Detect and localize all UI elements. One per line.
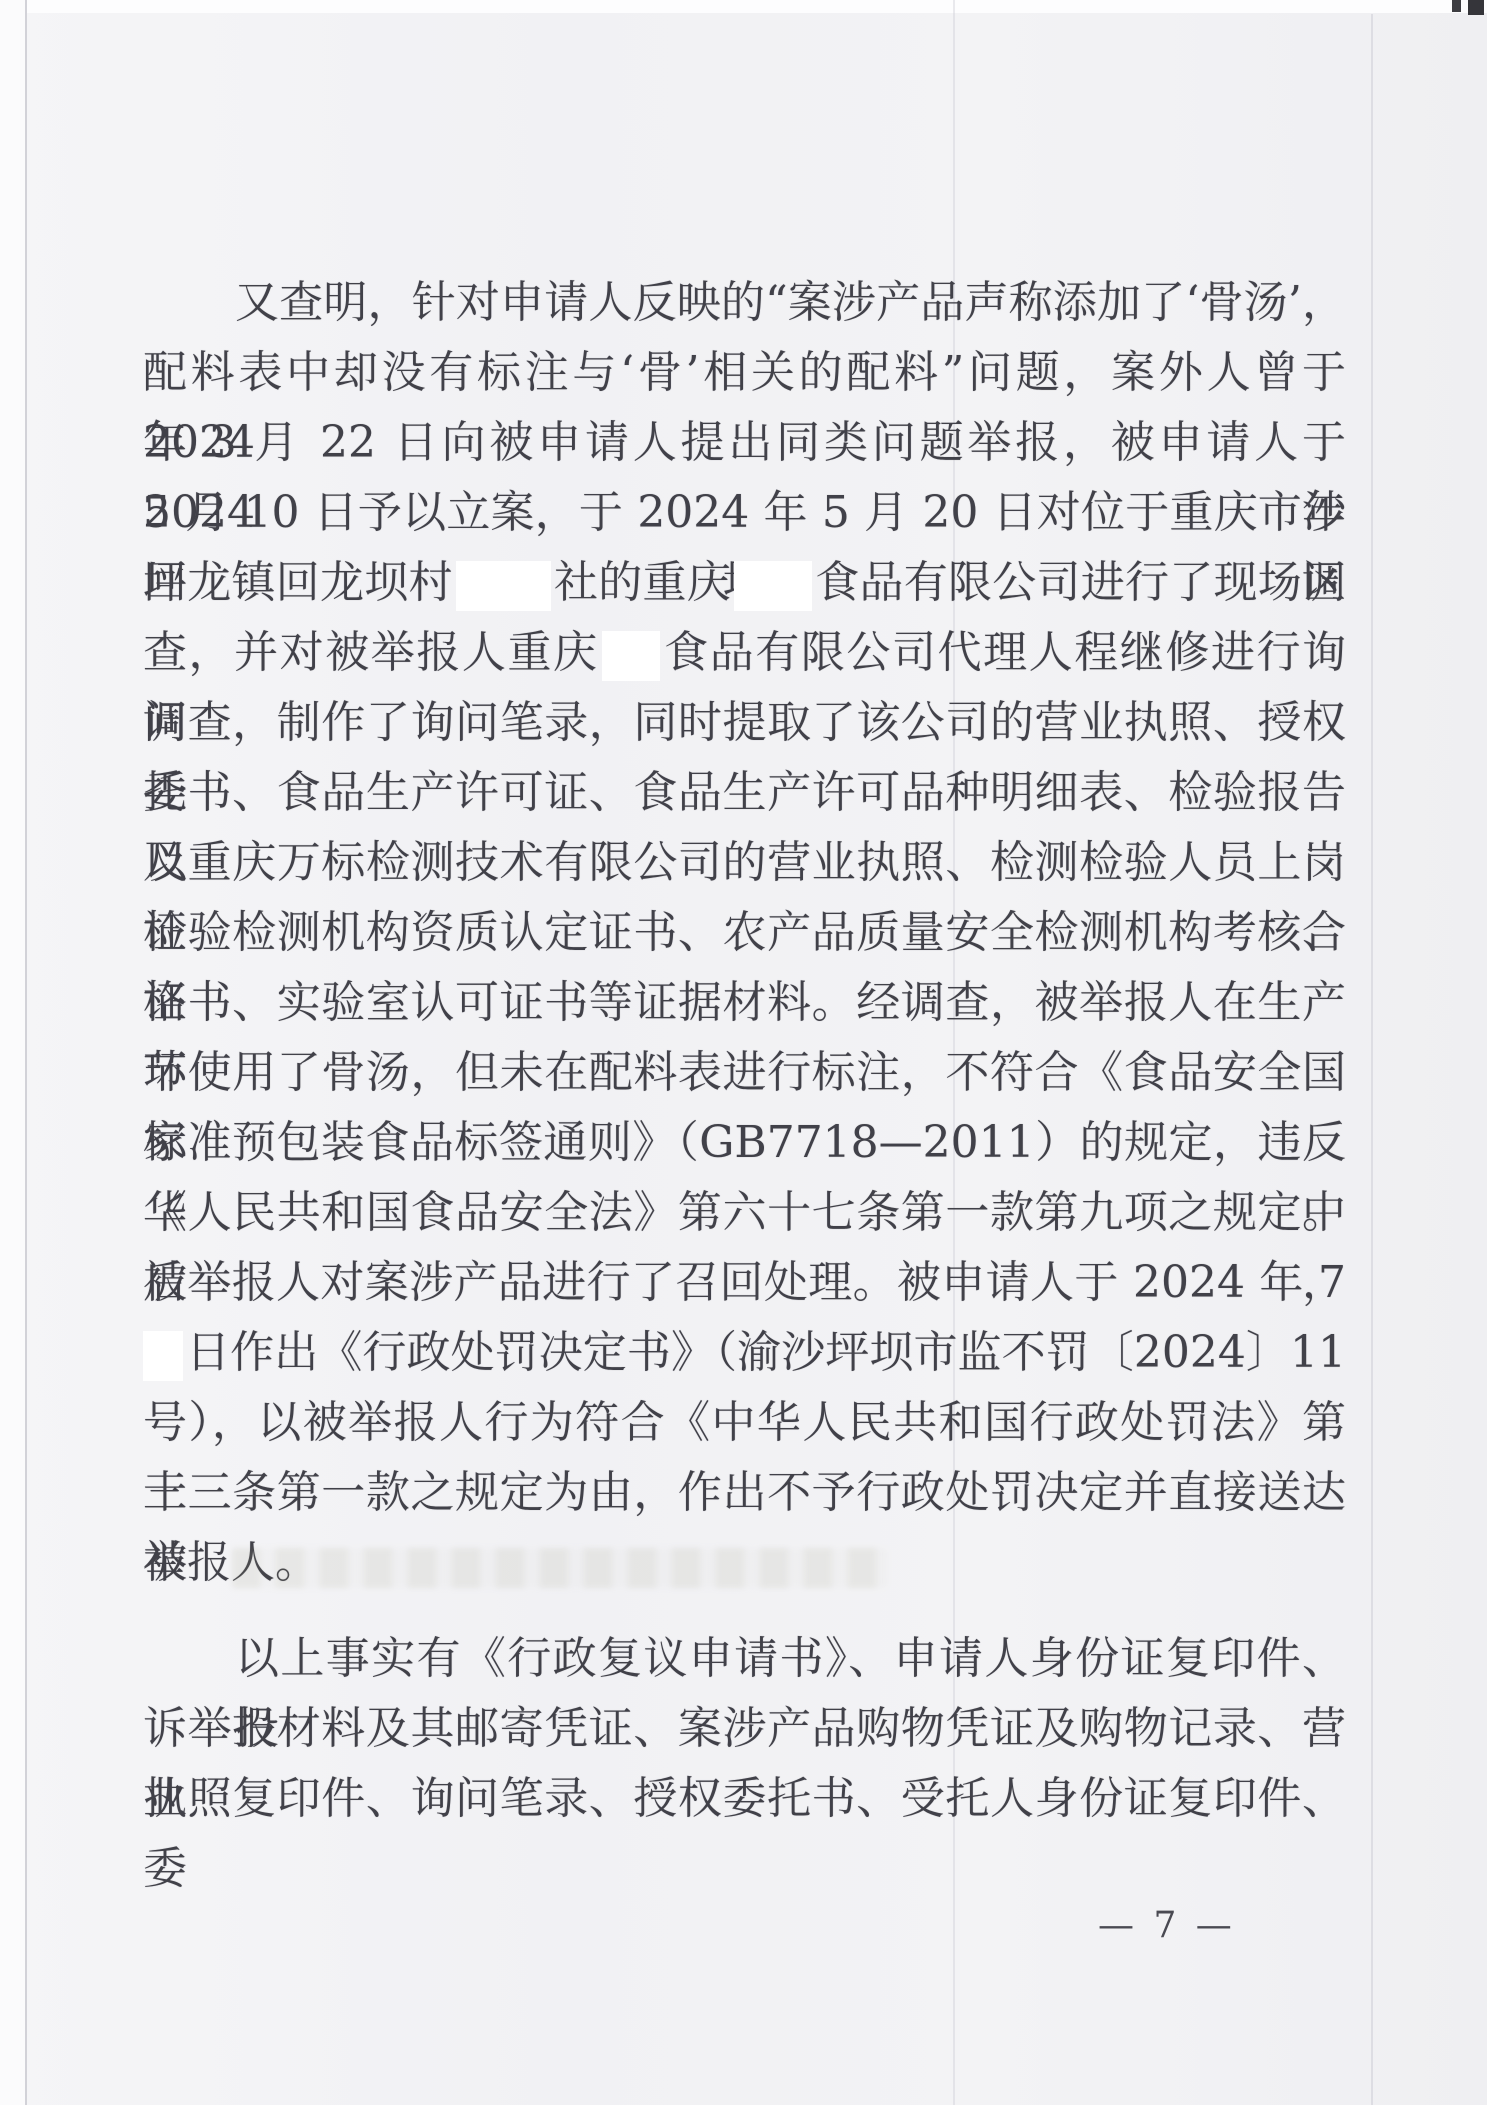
redaction-box — [456, 561, 551, 611]
document-line: 又查明，针对申请人反映的“案涉产品声称添加了‘骨汤’， — [143, 268, 1346, 338]
document-line: 年 3 月 22 日向被申请人提出同类问题举报，被申请人于 2024 年 — [143, 408, 1346, 478]
document-line: 托书、食品生产许可证、食品生产许可品种明细表、检验报告以 — [143, 758, 1346, 828]
document-line: 诉举报材料及其邮寄凭证、案涉产品购物凭证及购物记录、营业 — [143, 1694, 1346, 1764]
line-text: 食品有限公司进行了现场调 — [815, 557, 1346, 608]
document-body: 又查明，针对申请人反映的“案涉产品声称添加了‘骨汤’， 配料表中却没有标注与‘骨… — [143, 268, 1346, 1834]
document-line: 标准预包装食品标签通则》（GB7718—2011）的规定，违反《中 — [143, 1108, 1346, 1178]
document-line: 证书、实验室认可证书等证据材料。经调查，被举报人在生产环 — [143, 968, 1346, 1038]
document-line: 调查，制作了询问笔录，同时提取了该公司的营业执照、授权委 — [143, 688, 1346, 758]
ink-bleed-artifact — [232, 1548, 887, 1588]
line-text: 回龙镇回龙坝村 — [143, 557, 453, 608]
document-line: 节使用了骨汤，但未在配料表进行标注，不符合《食品安全国家 — [143, 1038, 1346, 1108]
scan-corner-artifact — [1468, 0, 1484, 15]
paper-fold-line — [1371, 14, 1373, 2105]
line-text: 社的重庆 — [554, 557, 731, 608]
document-line: 及重庆万标检测技术有限公司的营业执照、检测检验人员上岗证、 — [143, 828, 1346, 898]
redaction-box — [143, 1331, 183, 1381]
scanned-document-page: 又查明，针对申请人反映的“案涉产品声称添加了‘骨汤’， 配料表中却没有标注与‘骨… — [0, 0, 1487, 2105]
document-line: 日作出《行政处罚决定书》（渝沙坪坝市监不罚〔2024〕11 — [143, 1318, 1346, 1388]
document-line: 号），以被举报人行为符合《中华人民共和国行政处罚法》第三 — [143, 1388, 1346, 1458]
document-line: 以上事实有《行政复议申请书》、申请人身份证复印件、投 — [143, 1624, 1346, 1694]
document-line: 5 月 10 日予以立案，于 2024 年 5 月 20 日对位于重庆市沙坪坝区 — [143, 478, 1346, 548]
redaction-box — [734, 561, 812, 611]
document-line: 十三条第一款之规定为由，作出不予行政处罚决定并直接送达被 — [143, 1458, 1346, 1528]
scan-top-edge — [0, 0, 1487, 13]
document-line: 华人民共和国食品安全法》第六十七条第一款第九项之规定。后， — [143, 1178, 1346, 1248]
line-text: 执照复印件、询问笔录、授权委托书、受托人身份证复印件、委 — [143, 1773, 1346, 1894]
document-line: 回龙镇回龙坝村社的重庆食品有限公司进行了现场调 — [143, 548, 1346, 618]
redaction-box — [602, 631, 660, 681]
page-number: — 7 — — [1098, 1905, 1236, 1946]
line-text: 又查明，针对申请人反映的“案涉产品声称添加了‘骨汤’， — [235, 277, 1346, 328]
line-text: 日作出《行政处罚决定书》（渝沙坪坝市监不罚〔2024〕11 — [186, 1327, 1346, 1378]
scan-corner-artifact — [1452, 0, 1461, 12]
document-line: 检验检测机构资质认定证书、农产品质量安全检测机构考核合格 — [143, 898, 1346, 968]
document-line: 查，并对被举报人重庆食品有限公司代理人程继修进行询问 — [143, 618, 1346, 688]
scan-left-edge — [0, 0, 27, 2105]
document-line: 配料表中却没有标注与‘骨’相关的配料”问题，案外人曾于 2024 — [143, 338, 1346, 408]
document-line: 被举报人对案涉产品进行了召回处理。被申请人于 2024 年 7 月 — [143, 1248, 1346, 1318]
document-line: 执照复印件、询问笔录、授权委托书、受托人身份证复印件、委 — [143, 1764, 1346, 1834]
line-text: 查，并对被举报人重庆 — [143, 627, 599, 678]
